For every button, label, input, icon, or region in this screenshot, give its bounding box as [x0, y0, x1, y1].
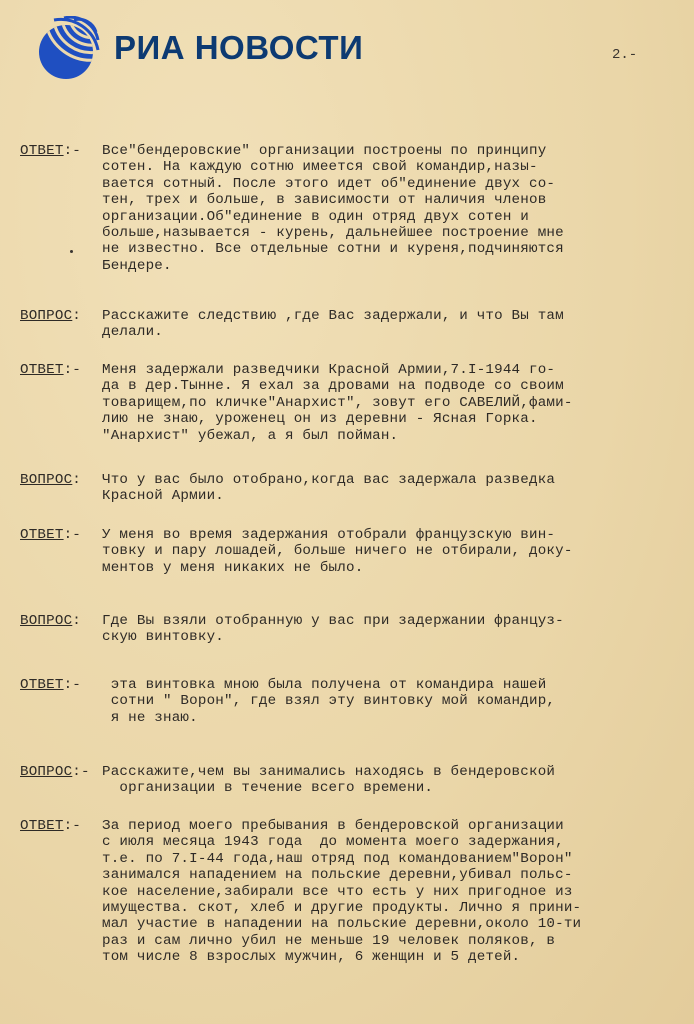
entry-text: Все"бендеровские" организации построены …	[102, 143, 564, 274]
text-line: тен, трех и больше, в зависимости от нал…	[102, 192, 564, 208]
entry-text: За период моего пребывания в бендеровско…	[102, 818, 581, 966]
text-line: сотни " Ворон", где взял эту винтовку мо…	[102, 693, 555, 709]
entry-label: ВОПРОС:	[20, 613, 102, 646]
text-line: "Анархист" убежал, а я был пойман.	[102, 428, 573, 444]
entry-label: ВОПРОС:	[20, 308, 102, 341]
entry-text: эта винтовка мною была получена от коман…	[102, 677, 555, 726]
entry-label: ОТВЕТ:-	[20, 677, 102, 726]
page-number: 2.-	[612, 47, 637, 63]
ink-speck	[70, 250, 73, 253]
text-line: Расскажите,чем вы занимались находясь в …	[102, 764, 555, 780]
text-line: товку и пару лошадей, больше ничего не о…	[102, 543, 573, 559]
text-line: Где Вы взяли отобранную у вас при задерж…	[102, 613, 564, 629]
entry-text: Расскажите,чем вы занимались находясь в …	[102, 764, 555, 797]
logo-text: РИА НОВОСТИ	[114, 29, 363, 67]
text-line: том числе 8 взрослых мужчин, 6 женщин и …	[102, 949, 581, 965]
text-line: скую винтовку.	[102, 629, 564, 645]
entry-text: Что у вас было отобрано,когда вас задерж…	[102, 472, 555, 505]
entry-text: Меня задержали разведчики Красной Армии,…	[102, 362, 573, 444]
entry-label: ОТВЕТ:-	[20, 362, 102, 444]
text-line: с июля месяца 1943 года до момента моего…	[102, 834, 581, 850]
question-entry: ВОПРОС:Расскажите следствию ,где Вас зад…	[20, 308, 660, 341]
ria-novosti-logo: РИА НОВОСТИ	[36, 16, 363, 80]
text-line: За период моего пребывания в бендеровско…	[102, 818, 581, 834]
entry-label: ОТВЕТ:-	[20, 527, 102, 576]
text-line: Бендере.	[102, 258, 564, 274]
text-line: т.е. по 7.I-44 года,наш отряд под команд…	[102, 851, 581, 867]
entry-label: ВОПРОС:-	[20, 764, 102, 797]
text-line: Расскажите следствию ,где Вас задержали,…	[102, 308, 564, 324]
text-line: не известно. Все отдельные сотни и курен…	[102, 241, 564, 257]
answer-entry: ОТВЕТ:- эта винтовка мною была получена …	[20, 677, 660, 726]
entry-text: Расскажите следствию ,где Вас задержали,…	[102, 308, 564, 341]
text-line: имущества. скот, хлеб и другие продукты.…	[102, 900, 581, 916]
question-entry: ВОПРОС:-Расскажите,чем вы занимались нах…	[20, 764, 660, 797]
text-line: организации.Об"единение в один отряд дву…	[102, 209, 564, 225]
text-line: организации в течение всего времени.	[102, 780, 555, 796]
text-line: товарищем,по кличке"Анархист", зовут его…	[102, 395, 573, 411]
text-line: раз и сам лично убил не меньше 19 челове…	[102, 933, 581, 949]
question-entry: ВОПРОС:Что у вас было отобрано,когда вас…	[20, 472, 660, 505]
entry-text: У меня во время задержания отобрали фран…	[102, 527, 573, 576]
text-line: ментов у меня никаких не было.	[102, 560, 573, 576]
text-line: занимался нападением на польские деревни…	[102, 867, 581, 883]
text-line: сотен. На каждую сотню имеется свой кома…	[102, 159, 564, 175]
text-line: вается сотный. После этого идет об"едине…	[102, 176, 564, 192]
text-line: кое население,забирали все что есть у ни…	[102, 884, 581, 900]
text-line: Все"бендеровские" организации построены …	[102, 143, 564, 159]
text-line: делали.	[102, 324, 564, 340]
entry-label: ВОПРОС:	[20, 472, 102, 505]
text-line: лию не знаю, уроженец он из деревни - Яс…	[102, 411, 573, 427]
text-line: я не знаю.	[102, 710, 555, 726]
text-line: да в дер.Тынне. Я ехал за дровами на под…	[102, 378, 573, 394]
text-line: У меня во время задержания отобрали фран…	[102, 527, 573, 543]
answer-entry: ОТВЕТ:-Все"бендеровские" организации пос…	[20, 143, 660, 274]
answer-entry: ОТВЕТ:-У меня во время задержания отобра…	[20, 527, 660, 576]
question-entry: ВОПРОС:Где Вы взяли отобранную у вас при…	[20, 613, 660, 646]
text-line: мал участие в нападении на польские дере…	[102, 916, 581, 932]
text-line: больше,называется - курень, дальнейшее п…	[102, 225, 564, 241]
answer-entry: ОТВЕТ:-Меня задержали разведчики Красной…	[20, 362, 660, 444]
entry-text: Где Вы взяли отобранную у вас при задерж…	[102, 613, 564, 646]
entry-label: ОТВЕТ:-	[20, 143, 102, 274]
globe-arcs-icon	[36, 16, 102, 80]
text-line: Меня задержали разведчики Красной Армии,…	[102, 362, 573, 378]
text-line: Что у вас было отобрано,когда вас задерж…	[102, 472, 555, 488]
entry-label: ОТВЕТ:-	[20, 818, 102, 966]
answer-entry: ОТВЕТ:-За период моего пребывания в бенд…	[20, 818, 660, 966]
text-line: эта винтовка мною была получена от коман…	[102, 677, 555, 693]
text-line: Красной Армии.	[102, 488, 555, 504]
